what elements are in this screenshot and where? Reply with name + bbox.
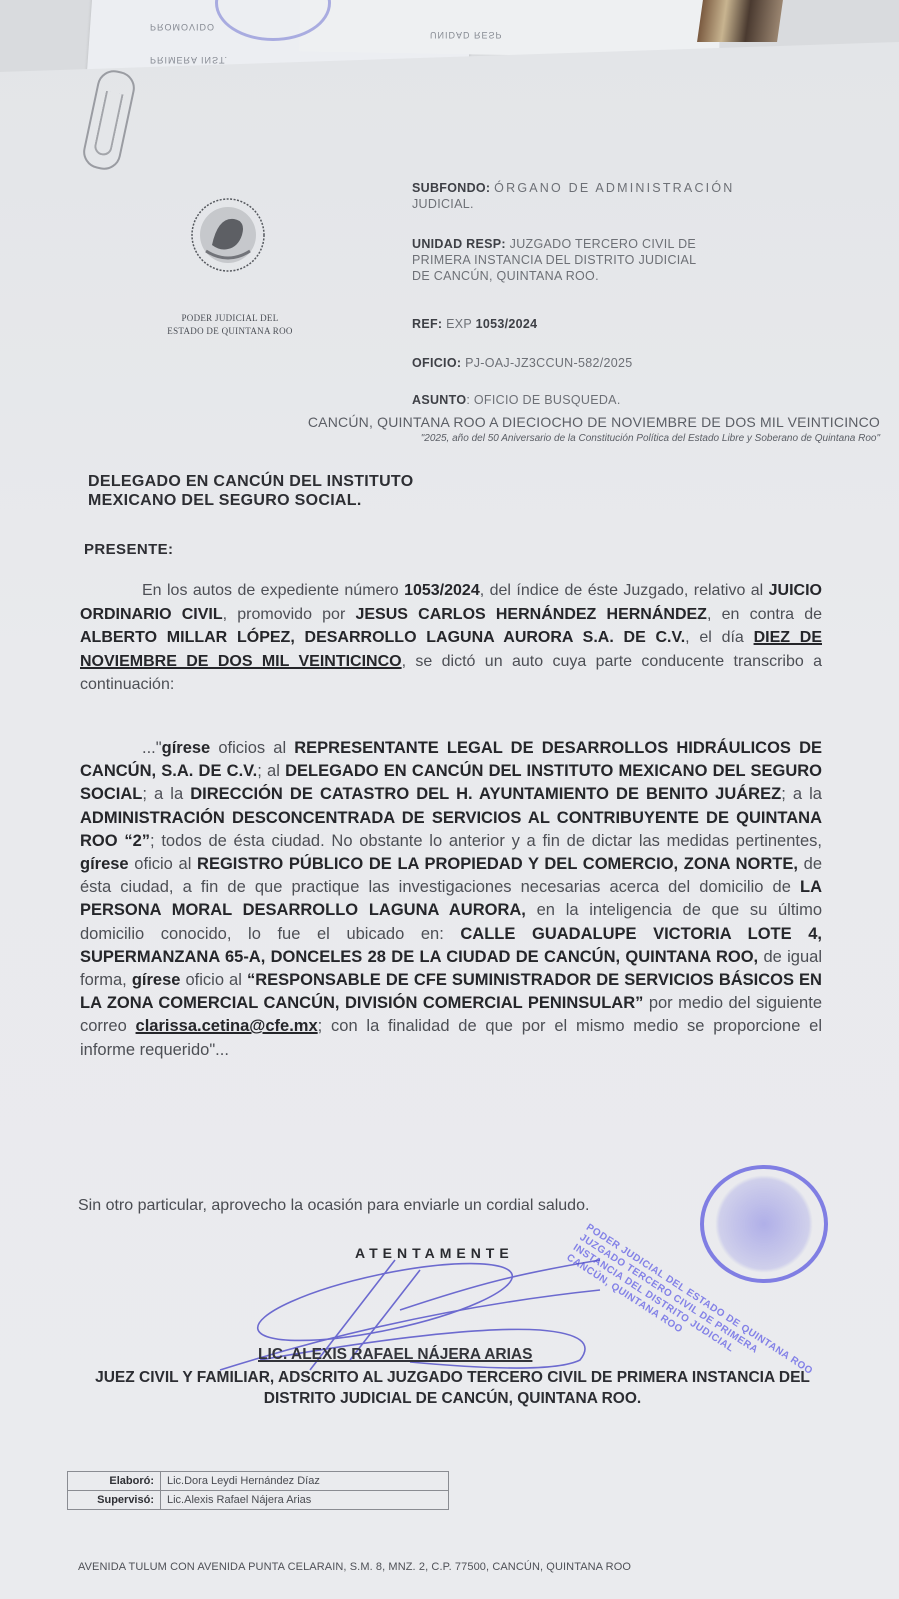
date-line: CANCÚN, QUINTANA ROO A DIECIOCHO DE NOVI… [80, 414, 880, 430]
mexican-coat-of-arms-icon [182, 195, 274, 275]
presente-label: PRESENTE: [84, 541, 173, 558]
background-folder-edge [697, 0, 783, 42]
footer-address: AVENIDA TULUM CON AVENIDA PUNTA CELARAIN… [78, 1561, 631, 1573]
atentamente-label: ATENTAMENTE [355, 1245, 514, 1261]
year-motto: "2025, año del 50 Aniversario de la Cons… [60, 433, 880, 444]
paragraph-case-summary: En los autos de expediente número 1053/2… [80, 579, 822, 697]
oficio-field: OFICIO: PJ-OAJ-JZ3CCUN-582/2025 [412, 355, 632, 371]
organization-name: PODER JUDICIAL DEL ESTADO DE QUINTANA RO… [140, 312, 320, 338]
asunto-field: ASUNTO: OFICIO DE BUSQUEDA. [412, 392, 621, 408]
subfondo-field: SUBFONDO: ÓRGANO DE ADMINISTRACIÓN JUDIC… [412, 180, 735, 212]
email-link[interactable]: clarissa.cetina@cfe.mx [136, 1017, 318, 1035]
signer-name: LIC. ALEXIS RAFAEL NÁJERA ARIAS [258, 1346, 532, 1364]
unidad-resp-field: UNIDAD RESP: JUZGADO TERCERO CIVIL DE PR… [412, 236, 696, 284]
prepared-by-table: Elaboró: Lic.Dora Leydi Hernández Díaz S… [67, 1471, 449, 1510]
court-seal-stamp [700, 1165, 828, 1283]
background-paper-right [299, 0, 721, 59]
addressee: DELEGADO EN CANCÚN DEL INSTITUTO MEXICAN… [88, 472, 413, 510]
table-row: Elaboró: Lic.Dora Leydi Hernández Díaz [68, 1472, 449, 1491]
signer-role: JUEZ CIVIL Y FAMILIAR, ADSCRITO AL JUZGA… [80, 1367, 825, 1409]
table-row: Supervisó: Lic.Alexis Rafael Nájera Aria… [68, 1491, 449, 1510]
ref-field: REF: EXP 1053/2024 [412, 316, 537, 332]
paragraph-court-order: ..."gírese oficios al REPRESENTANTE LEGA… [80, 737, 822, 1062]
closing-line: Sin otro particular, aprovecho la ocasió… [78, 1197, 589, 1215]
